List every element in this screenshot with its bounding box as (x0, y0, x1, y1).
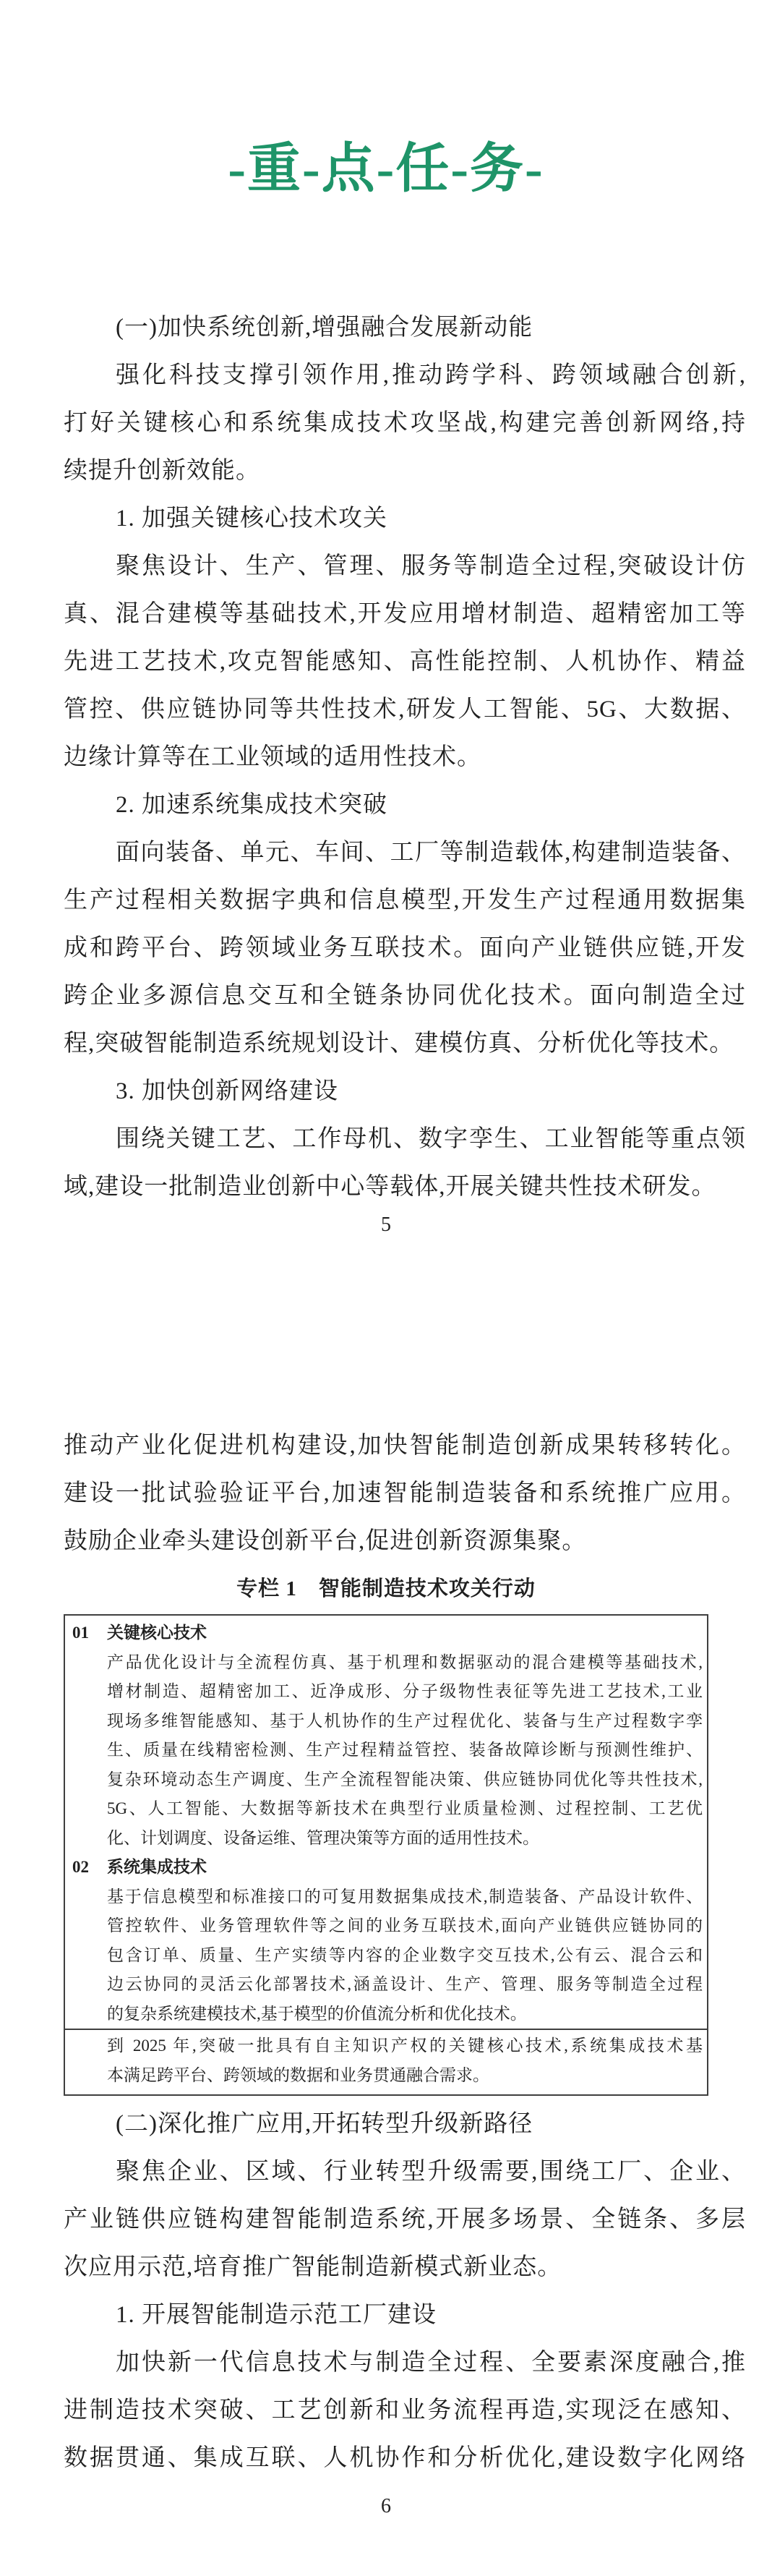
subsection-heading-line: 2. 加速系统集成技术突破 (64, 781, 746, 829)
body-text-line: 先进工艺技术,攻克智能感知、高性能控制、人机协作、精益 (64, 638, 746, 686)
page-number-6: 6 (0, 2494, 772, 2520)
body-text-line: 边缘计算等在工业领域的适用性技术。 (64, 733, 746, 781)
callout-text-line: 增材制造、超精密加工、近净成形、分子级物性表征等先进工艺技术,工业 (107, 1677, 703, 1707)
body-text-line: 真、混合建模等基础技术,开发应用增材制造、超精密加工等 (64, 590, 746, 638)
body-text-line: 强化科技支撑引领作用,推动跨学科、跨领域融合创新, (64, 351, 746, 399)
callout-goal-line: 本满足跨平台、跨领域的数据和业务贯通融合需求。 (107, 2061, 703, 2091)
body-text-line: 管控、供应链协同等共性技术,研发人工智能、5G、大数据、 (64, 686, 746, 733)
subsection-heading-line: 3. 加快创新网络建设 (64, 1067, 746, 1115)
body-text-line: 围绕关键工艺、工作母机、数字孪生、工业智能等重点领 (64, 1115, 746, 1163)
body-text-line: 域,建设一批制造业创新中心等载体,开展关键共性技术研发。 (64, 1163, 746, 1211)
section-heading-line: (二)深化推广应用,开拓转型升级新路径 (64, 2100, 746, 2148)
page-6-lower-text: (二)深化推广应用,开拓转型升级新路径 聚焦企业、区域、行业转型升级需要,围绕工… (64, 2100, 746, 2482)
body-text-line: 生产过程相关数据字典和信息模型,开发生产过程通用数据集 (64, 877, 746, 924)
callout-item-02: 02 系统集成技术 基于信息模型和标准接口的可复用数据集成技术,制造装备、产品设… (65, 1853, 707, 2029)
callout-text-line: 产品优化设计与全流程仿真、基于机理和数据驱动的混合建模等基础技术, (107, 1648, 703, 1678)
body-text-line: 续提升创新效能。 (64, 447, 746, 495)
callout-item-number: 02 (65, 1853, 107, 2029)
callout-text-line: 复杂环境动态生产调度、生产全流程智能决策、供应链协同优化等共性技术, (107, 1765, 703, 1795)
callout-text-line: 生、质量在线精密检测、生产过程精益管控、装备故障诊断与预测性维护、 (107, 1736, 703, 1765)
subsection-heading-line: 1. 加强关键核心技术攻关 (64, 495, 746, 542)
body-text-line: 数据贯通、集成互联、人机协作和分析优化,建设数字化网络 (64, 2434, 746, 2482)
callout-box: 01 关键核心技术 产品优化设计与全流程仿真、基于机理和数据驱动的混合建模等基础… (64, 1614, 708, 2096)
body-text-line: 鼓励企业牵头建设创新平台,促进创新资源集聚。 (64, 1517, 746, 1565)
callout-item-number: 01 (65, 1618, 107, 1853)
body-text-line: 聚焦企业、区域、行业转型升级需要,围绕工厂、企业、 (64, 2148, 746, 2196)
body-text-line: 产业链供应链构建智能制造系统,开展多场景、全链条、多层 (64, 2196, 746, 2243)
callout-text-line: 基于信息模型和标准接口的可复用数据集成技术,制造装备、产品设计软件、 (107, 1882, 703, 1912)
page-5-text: (一)加快系统创新,增强融合发展新动能 强化科技支撑引领作用,推动跨学科、跨领域… (64, 304, 746, 1211)
page-number-5: 5 (0, 1212, 772, 1238)
body-text-line: 建设一批试验验证平台,加速智能制造装备和系统推广应用。 (64, 1470, 746, 1517)
callout-goal-section: 到 2025 年,突破一批具有自主知识产权的关键核心技术,系统集成技术基 本满足… (65, 2029, 707, 2091)
body-text-line: 推动产业化促进机构建设,加快智能制造创新成果转移转化。 (64, 1422, 746, 1470)
callout-item-01: 01 关键核心技术 产品优化设计与全流程仿真、基于机理和数据驱动的混合建模等基础… (65, 1618, 707, 1853)
subsection-heading-line: 1. 开展智能制造示范工厂建设 (64, 2291, 746, 2339)
callout-text-line: 包含订单、质量、生产实绩等内容的企业数字交互技术,公有云、混合云和 (107, 1941, 703, 1971)
callout-box-title: 专栏 1 智能制造技术攻关行动 (64, 1572, 708, 1605)
body-text-line: 进制造技术突破、工艺创新和业务流程再造,实现泛在感知、 (64, 2387, 746, 2434)
body-text-line: 加快新一代信息技术与制造全过程、全要素深度融合,推 (64, 2339, 746, 2387)
body-text-line: 次应用示范,培育推广智能制造新模式新业态。 (64, 2243, 746, 2291)
callout-text-line: 管控软件、业务管理软件等之间的业务互联技术,面向产业链供应链协同的 (107, 1911, 703, 1941)
callout-text-line: 的复杂系统建模技术,基于模型的价值流分析和优化技术。 (107, 2000, 703, 2029)
callout-text-line: 5G、人工智能、大数据等新技术在典型行业质量检测、过程控制、工艺优 (107, 1794, 703, 1824)
callout-goal-line: 到 2025 年,突破一批具有自主知识产权的关键核心技术,系统集成技术基 (107, 2031, 703, 2061)
body-text-line: 成和跨平台、跨领域业务互联技术。面向产业链供应链,开发 (64, 924, 746, 972)
callout-text-line: 现场多维智能感知、基于人机协作的生产过程优化、装备与生产过程数字孪 (107, 1707, 703, 1736)
body-text-line: 打好关键核心和系统集成技术攻坚战,构建完善创新网络,持 (64, 399, 746, 447)
section-banner-title: -重-点-任-务- (0, 135, 772, 204)
page-6-intro-text: 推动产业化促进机构建设,加快智能制造创新成果转移转化。 建设一批试验验证平台,加… (64, 1422, 746, 1565)
body-text-line: 跨企业多源信息交互和全链条协同优化技术。面向制造全过 (64, 972, 746, 1020)
body-text-line: 聚焦设计、生产、管理、服务等制造全过程,突破设计仿 (64, 542, 746, 590)
callout-item-heading: 系统集成技术 (107, 1853, 703, 1882)
callout-text-line: 边云协同的灵活云化部署技术,涵盖设计、生产、管理、服务等制造全过程 (107, 1970, 703, 2000)
callout-item-heading: 关键核心技术 (107, 1618, 703, 1648)
section-heading-line: (一)加快系统创新,增强融合发展新动能 (64, 304, 746, 351)
body-text-line: 面向装备、单元、车间、工厂等制造载体,构建制造装备、 (64, 829, 746, 877)
callout-text-line: 化、计划调度、设备运维、管理决策等方面的适用性技术。 (107, 1824, 703, 1854)
body-text-line: 程,突破智能制造系统规划设计、建模仿真、分析优化等技术。 (64, 1020, 746, 1067)
